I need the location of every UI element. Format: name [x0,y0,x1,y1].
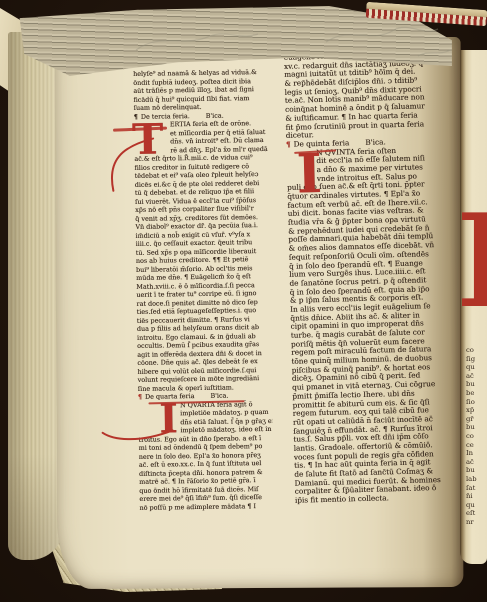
text-line: co [466,346,477,355]
drop-cap-partial: P [460,198,487,326]
quinta-body-lines: puli ego ſuen ac̄.& eſt q̄rti toni. p̄pt… [287,180,463,506]
text-line: bu [466,466,477,475]
text-line: nr [466,518,477,527]
pilcrow-mark: ¶ [138,393,142,402]
text-line: impletō mādatoʒ. ideo eſt in [180,425,272,435]
intro-lines: helyſe⁹ ad naamā & helyas ad viduā.&ōndi… [133,68,268,112]
book-photograph: helyſe⁹ ad naamā & helyas ad viduā.&ōndi… [0,0,487,602]
initial-flourish [99,135,159,199]
text-line: lab [466,475,477,484]
text-line: ce [466,441,477,450]
rubric-label: B'ica. [206,111,224,120]
right-text-column: euāgelio Acceſſerūt ad ih̄mac̄. Math.xv.… [284,49,464,505]
text-line: qu [466,363,477,372]
drop-cap-I: I [296,151,322,196]
facing-page-text-fragments: coſigquac̄bubeſioxp̄gr̄bucoceInac̄bulabſ… [466,346,477,526]
faint-handwriting-trace [118,22,468,70]
facing-page-sliver: P coſigquac̄bubeſioxp̄gr̄bucoceInac̄bula… [460,50,487,564]
book-page: helyſe⁹ ad naamā & helyas ad viduā.&ōndi… [55,37,464,589]
pilcrow-mark: ¶ [286,141,291,150]
initial-flourish [101,424,179,446]
text-line: bu [466,423,477,432]
text-line: ſio [466,398,477,407]
text-line: be [466,389,477,398]
text-line: eſt [466,509,477,518]
text-line: co [466,432,477,441]
text-line: xp̄ [466,406,477,415]
text-line: ſat [466,484,477,493]
text-line: n̄i [466,492,477,501]
text-line: qu [466,501,477,510]
text-line: gr̄ [466,415,477,424]
text-line: In [466,449,477,458]
rubric-label: B'ica. [210,392,228,401]
text-line: nō poſſū p me adimplere mādata ¶ I [139,501,273,511]
text-line: bu [466,380,477,389]
text-line: ſig [466,355,477,364]
text-line: rē ad dn̄ʒ. Epl'a x̄o ml'r quedā [170,144,268,154]
text-line: ac̄ [466,372,477,381]
text-line: ac̄ [466,458,477,467]
